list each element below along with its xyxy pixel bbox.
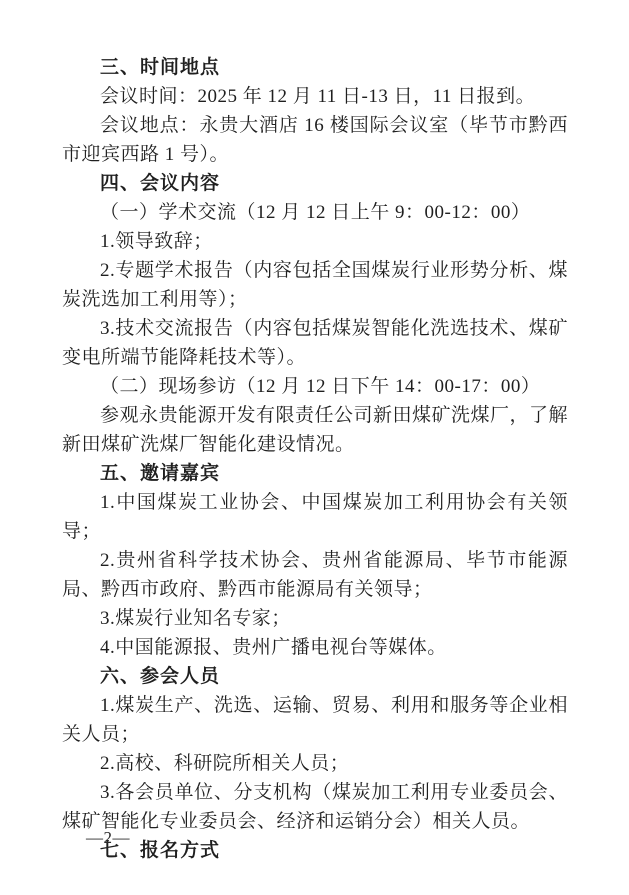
paragraph: 1.领导致辞； (62, 227, 568, 256)
paragraph: 3.各会员单位、分支机构（煤炭加工利用专业委员会、煤矿智能化专业委员会、经济和运… (62, 778, 568, 836)
paragraph: 会议时间：2025 年 12 月 11 日-13 日，11 日报到。 (62, 82, 568, 111)
document-body: 三、时间地点 会议时间：2025 年 12 月 11 日-13 日，11 日报到… (62, 53, 568, 865)
paragraph: 参观永贵能源开发有限责任公司新田煤矿洗煤厂，了解新田煤矿洗煤厂智能化建设情况。 (62, 401, 568, 459)
section-meeting-content: 四、会议内容 （一）学术交流（12 月 12 日上午 9：00-12：00） 1… (62, 169, 568, 459)
section-time-location: 三、时间地点 会议时间：2025 年 12 月 11 日-13 日，11 日报到… (62, 53, 568, 169)
paragraph: 3.技术交流报告（内容包括煤炭智能化洗选技术、煤矿变电所端节能降耗技术等）。 (62, 314, 568, 372)
section-heading: 七、报名方式 (62, 836, 568, 865)
paragraph: 2.贵州省科学技术协会、贵州省能源局、毕节市能源局、黔西市政府、黔西市能源局有关… (62, 546, 568, 604)
section-heading: 五、邀请嘉宾 (62, 459, 568, 488)
section-heading: 三、时间地点 (62, 53, 568, 82)
section-registration-method: 七、报名方式 (62, 836, 568, 865)
paragraph: 4.中国能源报、贵州广播电视台等媒体。 (62, 633, 568, 662)
section-heading: 六、参会人员 (62, 662, 568, 691)
page-number: —2— (86, 828, 130, 848)
paragraph: 1.煤炭生产、洗选、运输、贸易、利用和服务等企业相关人员； (62, 691, 568, 749)
paragraph: 1.中国煤炭工业协会、中国煤炭加工利用协会有关领导； (62, 488, 568, 546)
document-page: 三、时间地点 会议时间：2025 年 12 月 11 日-13 日，11 日报到… (0, 0, 629, 895)
paragraph: 2.高校、科研院所相关人员； (62, 749, 568, 778)
section-participants: 六、参会人员 1.煤炭生产、洗选、运输、贸易、利用和服务等企业相关人员； 2.高… (62, 662, 568, 836)
paragraph: （一）学术交流（12 月 12 日上午 9：00-12：00） (62, 198, 568, 227)
paragraph: 会议地点：永贵大酒店 16 楼国际会议室（毕节市黔西市迎宾西路 1 号）。 (62, 111, 568, 169)
section-heading: 四、会议内容 (62, 169, 568, 198)
paragraph: （二）现场参访（12 月 12 日下午 14：00-17：00） (62, 372, 568, 401)
section-invited-guests: 五、邀请嘉宾 1.中国煤炭工业协会、中国煤炭加工利用协会有关领导； 2.贵州省科… (62, 459, 568, 662)
paragraph: 2.专题学术报告（内容包括全国煤炭行业形势分析、煤炭洗选加工利用等）； (62, 256, 568, 314)
paragraph: 3.煤炭行业知名专家； (62, 604, 568, 633)
